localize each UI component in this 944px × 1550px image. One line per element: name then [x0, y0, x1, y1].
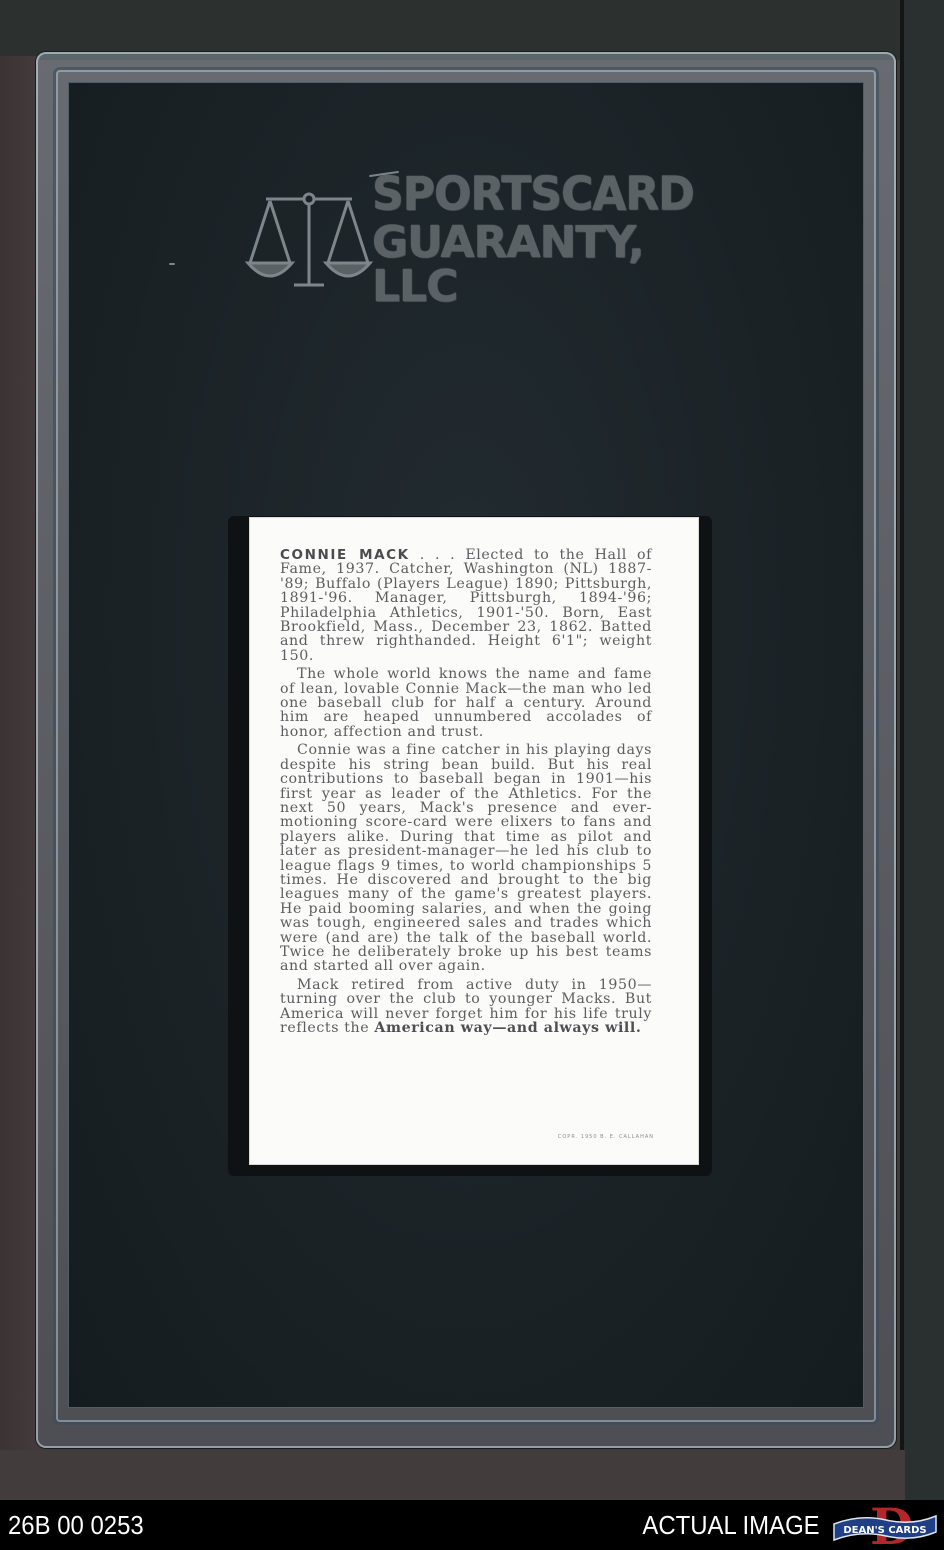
bio-paragraph-2: Connie was a fine catcher in his playing…	[280, 743, 652, 974]
logo-text-line1: SPORTSCARD	[372, 172, 694, 218]
scales-of-justice-icon	[244, 189, 374, 293]
card-text: CONNIE MACK . . . Elected to the Hall of…	[280, 548, 652, 1035]
dealer-logo-text: DEAN'S CARDS	[843, 1525, 926, 1536]
bio-paragraph-3: Mack retired from active duty in 1950—tu…	[280, 978, 652, 1036]
cert-number: 26B 00 0253	[8, 1510, 144, 1541]
card-back: CONNIE MACK . . . Elected to the Hall of…	[250, 518, 698, 1164]
backdrop-left	[0, 56, 40, 1500]
footer-bar: 26B 00 0253 ACTUAL IMAGE D DEAN'S CARDS	[0, 1500, 944, 1550]
backdrop-top	[0, 0, 944, 60]
copyright-notice: COPR. 1950 B. E. CALLAHAN	[558, 1134, 654, 1140]
sgc-logo: SPORTSCARD GUARANTY, LLC	[244, 186, 694, 296]
logo-text-line2: GUARANTY, LLC	[372, 221, 694, 309]
bio-header-text: Elected to the Hall of Fame, 1937. Catch…	[280, 547, 652, 664]
actual-image-label: ACTUAL IMAGE	[643, 1510, 820, 1541]
backdrop-bottom	[0, 1450, 905, 1500]
closing-line: American way—and always will.	[374, 1020, 641, 1036]
deans-cards-logo: D DEAN'S CARDS	[830, 1502, 940, 1548]
bio-paragraph-1: The whole world knows the name and fame …	[280, 667, 652, 739]
scratch	[169, 263, 175, 265]
backdrop-right	[900, 0, 944, 1500]
bio-header: CONNIE MACK . . . Elected to the Hall of…	[280, 548, 652, 663]
